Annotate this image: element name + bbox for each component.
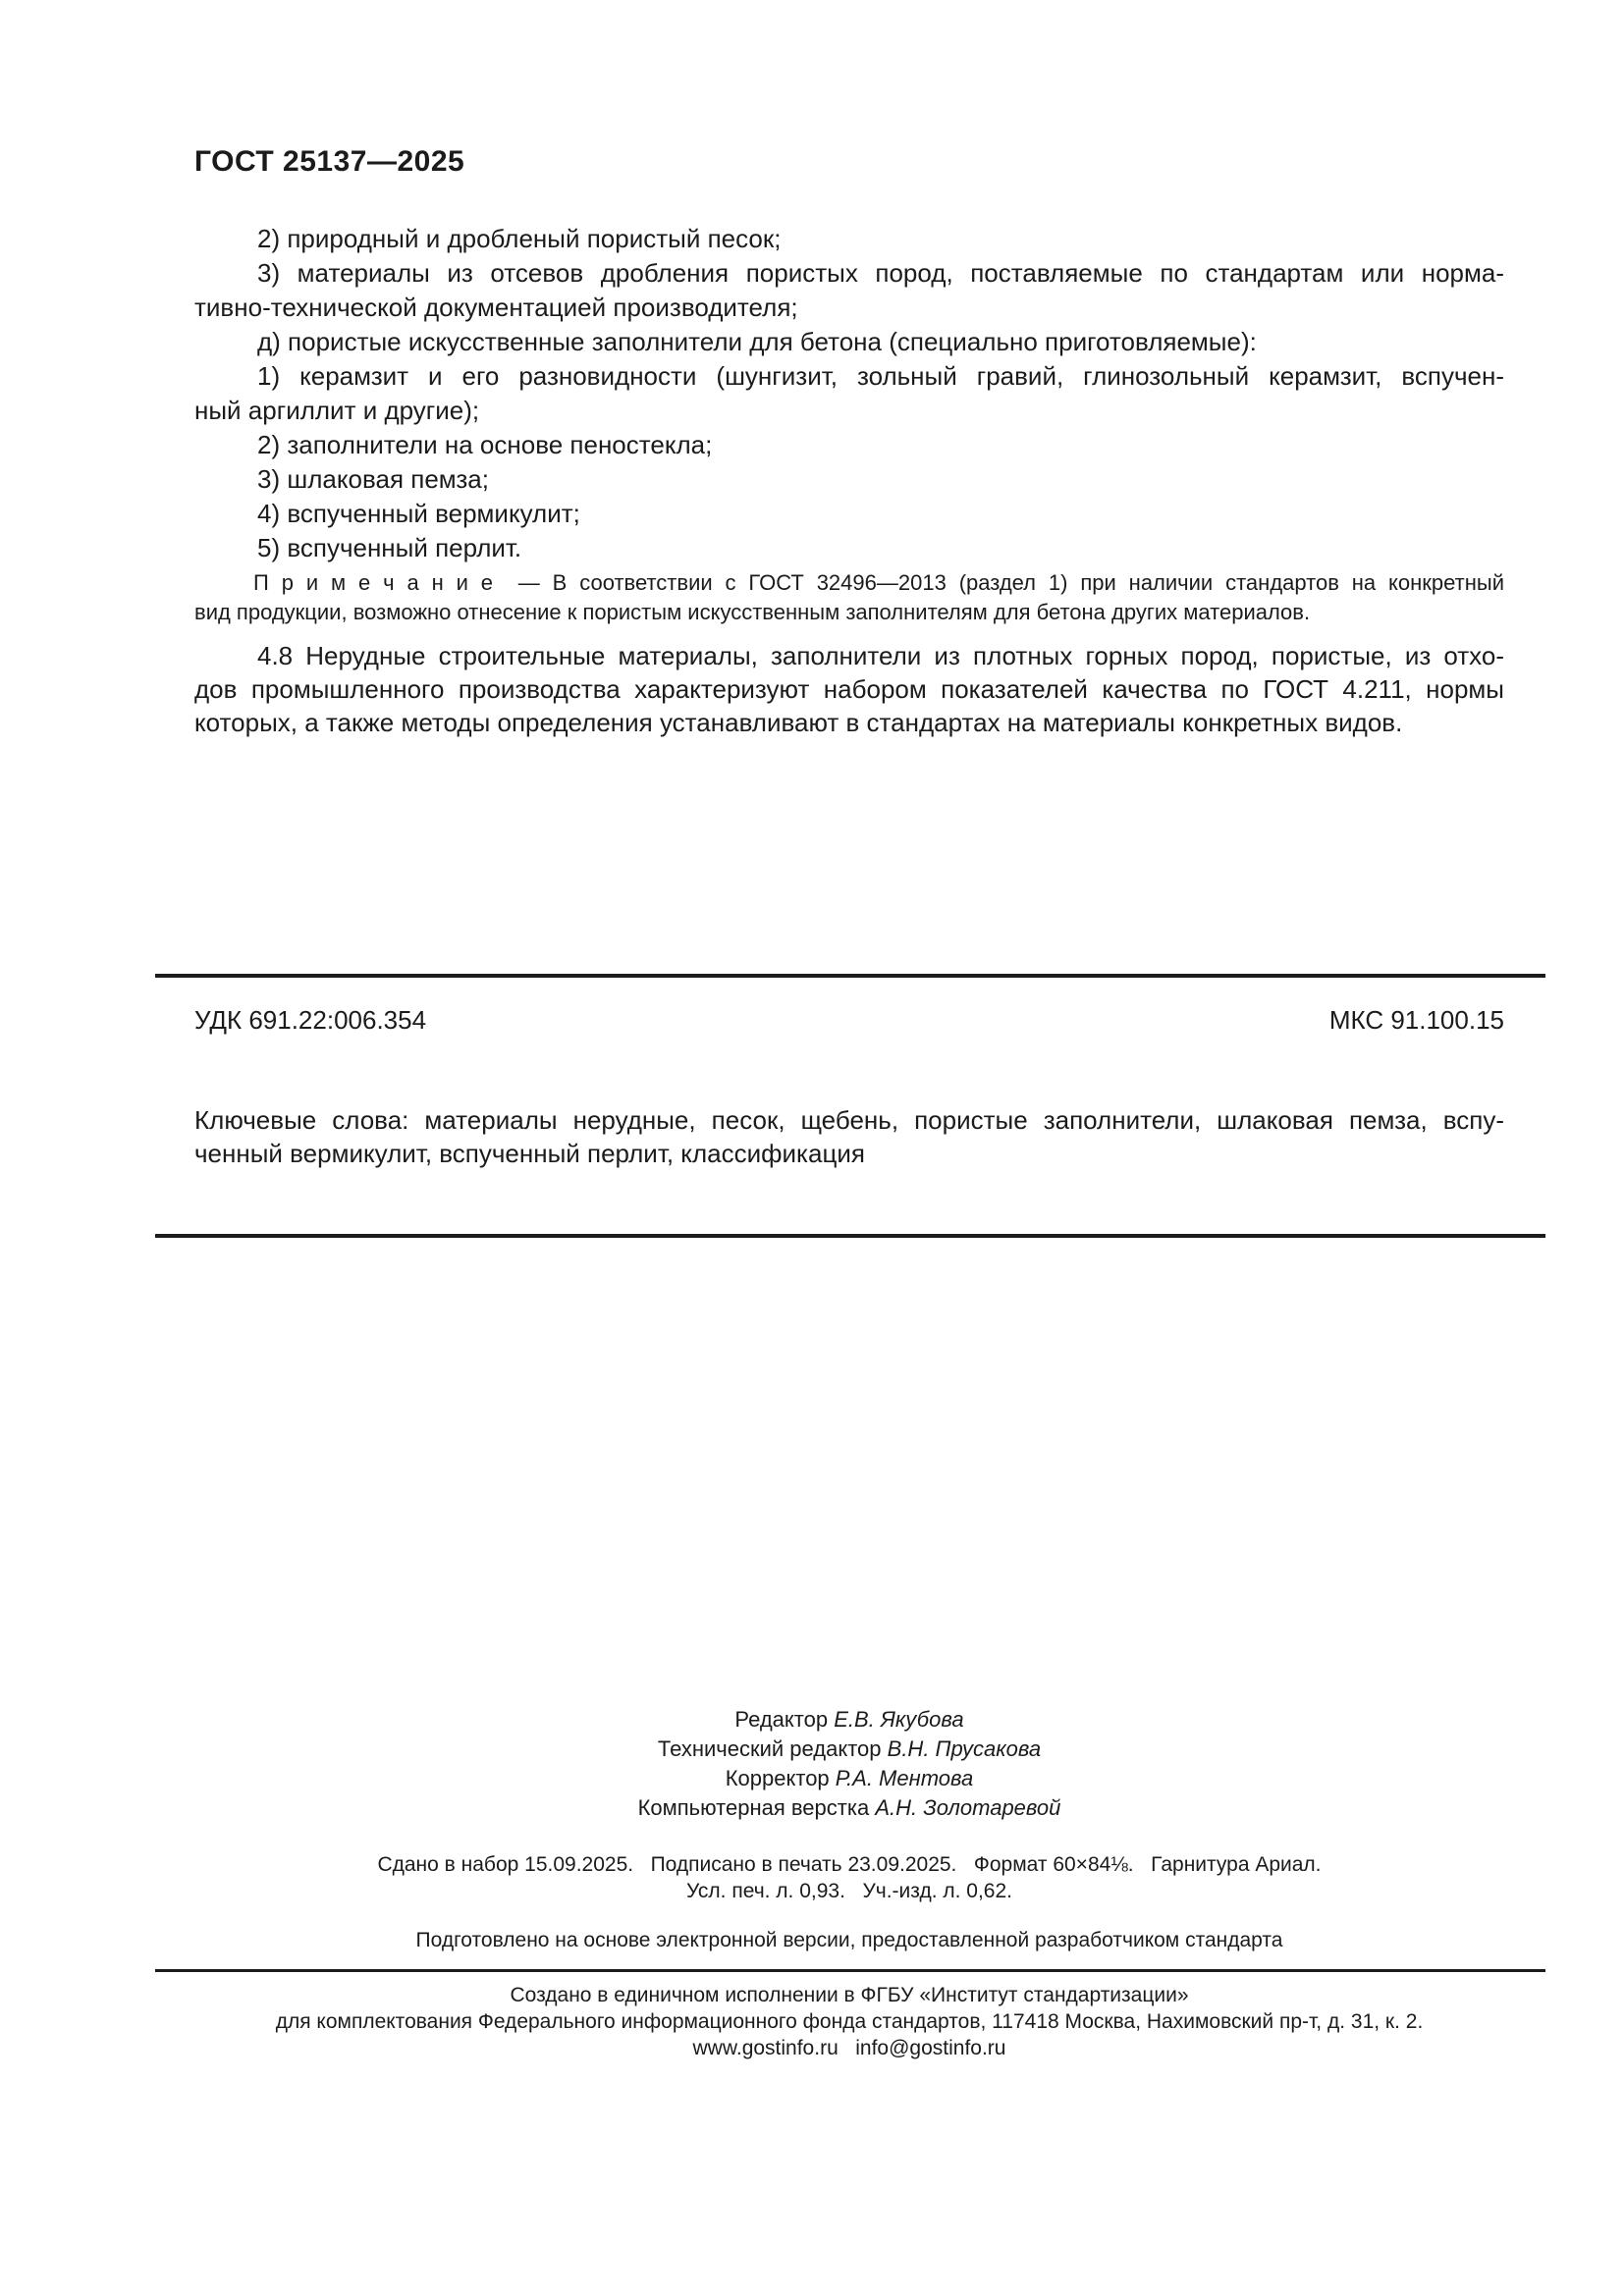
document-page: ГОСТ 25137—2025 2) природный и дробленый… <box>0 0 1624 2296</box>
text-line: которых, а также методы определения уста… <box>194 706 1504 739</box>
typeset-line-2: Усл. печ. л. 0,93. Уч.-изд. л. 0,62. <box>194 1878 1504 1904</box>
text-line: 3) материалы из отсевов дробления порист… <box>194 256 1504 291</box>
clause-4-8-paragraph: 4.8 Нерудные строительные материалы, зап… <box>194 639 1504 739</box>
editor-line: Компьютерная верстка А.Н. Золотаревой <box>194 1793 1504 1823</box>
mks-code: МКС 91.100.15 <box>1329 1003 1504 1038</box>
colophon-role: Редактор <box>734 1707 834 1732</box>
horizontal-rule-bottom <box>155 1969 1545 1972</box>
colophon-role: Компьютерная верстка <box>638 1795 876 1820</box>
issuer-line-2: для комплектования Федерального информац… <box>194 2008 1504 2035</box>
text-line: 4) вспученный вермикулит; <box>194 497 1504 531</box>
editors-block: Редактор Е.В. ЯкубоваТехнический редакто… <box>194 1705 1504 1823</box>
text-line: ченный вермикулит, вспученный перлит, кл… <box>194 1137 1504 1170</box>
colophon-role: Корректор <box>726 1766 836 1790</box>
horizontal-rule-top <box>155 974 1545 978</box>
colophon-name: Е.В. Якубова <box>834 1707 963 1732</box>
body-paragraphs: 2) природный и дробленый пористый песок;… <box>194 222 1504 565</box>
paragraph: 2) заполнители на основе пеностекла; <box>194 428 1504 462</box>
horizontal-rule-keywords <box>155 1234 1545 1238</box>
typeset-line-1: Сдано в набор 15.09.2025. Подписано в пе… <box>194 1851 1504 1878</box>
issuer-line-1: Создано в единичном исполнении в ФГБУ «И… <box>194 1982 1504 2008</box>
keywords-paragraph: Ключевые слова: материалы нерудные, песо… <box>194 1103 1504 1170</box>
editor-line: Технический редактор В.Н. Прусакова <box>194 1735 1504 1764</box>
colophon-name: В.Н. Прусакова <box>888 1736 1041 1761</box>
text-line: вид продукции, возможно отнесение к пори… <box>194 598 1504 627</box>
colophon-name: А.Н. Золотаревой <box>875 1795 1060 1820</box>
text-line: 3) шлаковая пемза; <box>194 462 1504 497</box>
typesetting-info: Сдано в набор 15.09.2025. Подписано в пе… <box>194 1851 1504 1904</box>
text-line: ный аргиллит и другие); <box>194 394 1504 428</box>
prepared-note: Подготовлено на основе электронной верси… <box>194 1927 1504 1953</box>
udk-code: УДК 691.22:006.354 <box>194 1003 426 1038</box>
issuer-contacts: www.gostinfo.ru info@gostinfo.ru <box>194 2035 1504 2061</box>
paragraph: 3) шлаковая пемза; <box>194 462 1504 497</box>
paragraph: 1) керамзит и его разновидности (шунгизи… <box>194 359 1504 428</box>
text-line: П р и м е ч а н и е — В соответствии с Г… <box>194 568 1504 598</box>
colophon-role: Технический редактор <box>658 1736 888 1761</box>
editor-line: Редактор Е.В. Якубова <box>194 1705 1504 1735</box>
text-line: 5) вспученный перлит. <box>194 531 1504 565</box>
text-line: д) пористые искусственные заполнители дл… <box>194 325 1504 359</box>
text-line: 2) природный и дробленый пористый песок; <box>194 222 1504 256</box>
paragraph: 5) вспученный перлит. <box>194 531 1504 565</box>
paragraph: 3) материалы из отсевов дробления порист… <box>194 256 1504 325</box>
standard-designation: ГОСТ 25137—2025 <box>194 145 1504 179</box>
note-paragraph: П р и м е ч а н и е — В соответствии с Г… <box>194 568 1504 627</box>
editor-line: Корректор Р.А. Ментова <box>194 1764 1504 1793</box>
text-line: 1) керамзит и его разновидности (шунгизи… <box>194 359 1504 394</box>
paragraph: 4) вспученный вермикулит; <box>194 497 1504 531</box>
prepared-line: Подготовлено на основе электронной верси… <box>194 1927 1504 1953</box>
text-line: тивно-технической документацией производ… <box>194 291 1504 325</box>
colophon-name: Р.А. Ментова <box>836 1766 973 1790</box>
paragraph: 2) природный и дробленый пористый песок; <box>194 222 1504 256</box>
text-line: дов промышленного производства характери… <box>194 672 1504 706</box>
text-line: 4.8 Нерудные строительные материалы, зап… <box>194 639 1504 672</box>
paragraph: д) пористые искусственные заполнители дл… <box>194 325 1504 359</box>
text-line: Ключевые слова: материалы нерудные, песо… <box>194 1103 1504 1137</box>
text-line: 2) заполнители на основе пеностекла; <box>194 428 1504 462</box>
issuer-block: Создано в единичном исполнении в ФГБУ «И… <box>194 1982 1504 2061</box>
classification-codes-row: УДК 691.22:006.354 МКС 91.100.15 <box>194 1003 1504 1038</box>
